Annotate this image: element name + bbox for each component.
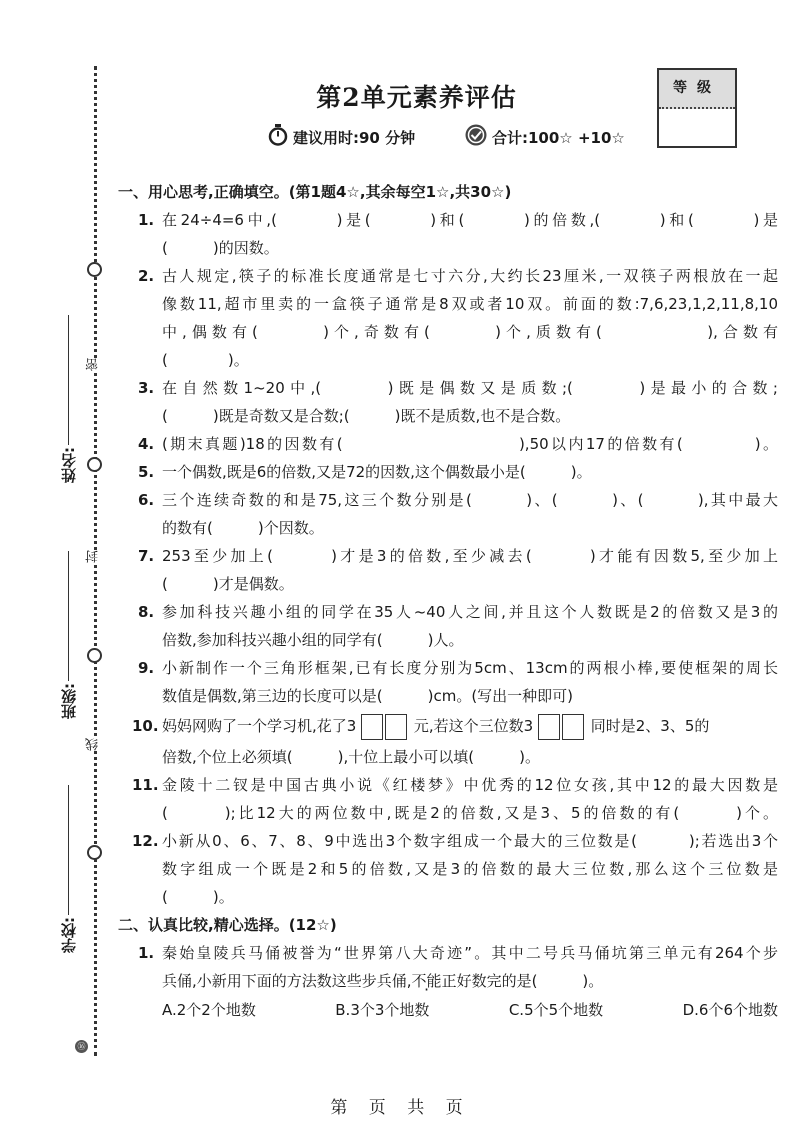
question-line: 数字组成一个既是2和5的倍数,又是3的倍数的最大三位数,那么这个三位数是 [162,855,778,883]
question-line: 参加科技兴趣小组的同学在35人~40人之间,并且这个人数既是2的倍数又是3的 [162,598,778,626]
section2-heading: 二、认真比较,精心选择。(12☆) [118,911,778,939]
question-1-11: 11. 金陵十二钗是中国古典小说《红楼梦》中优秀的12位女孩,其中12的最大因数… [118,771,778,827]
question-line: 的数有( )个因数。 [162,514,778,542]
school-label: 学校: [58,917,79,953]
digit-box[interactable] [562,714,584,740]
question-number: 8. [138,598,154,626]
text-segment: 兵俑,小新用下面的方法数这些步兵俑, [162,972,412,990]
seal-icon: ⑯ [75,1040,88,1053]
question-line: (期末真题)18的因数有( ),50以内17的倍数有( )。 [162,430,778,458]
question-line: 像数11,超市里卖的一盒筷子通常是8双或者10双。前面的数:7,6,23,1,2… [162,290,778,318]
question-1-9: 9. 小新制作一个三角形框架,已有长度分别为5cm、13cm的两根小棒,要使框架… [118,654,778,710]
section1-heading: 一、用心思考,正确填空。(第1题4☆,其余每空1☆,共30☆) [118,178,778,206]
option-c[interactable]: C.5个5个地数 [509,995,603,1025]
question-line: 中,偶数有( )个,奇数有( )个,质数有( ),合数有 [162,318,778,346]
question-1-12: 12. 小新从0、6、7、8、9中选出3个数字组成一个最大的三位数是( );若选… [118,827,778,911]
question-line: 古人规定,筷子的标准长度通常是七寸六分,大约长23厘米,一双筷子两根放在一起 [162,262,778,290]
exam-content: 一、用心思考,正确填空。(第1题4☆,其余每空1☆,共30☆) 1. 在24÷4… [118,178,778,1025]
question-line: 在24÷4=6中,( )是( )和( )的倍数,( )和( )是 [162,206,778,234]
question-line: 253至少加上( )才是3的倍数,至少减去( )才能有因数5,至少加上 [162,542,778,570]
question-line: 倍数,个位上必须填( ),十位上最小可以填( )。 [162,743,778,771]
time-label: 建议用时:90 分钟 [293,127,415,148]
text-segment: 正好数完的是( )。 [442,972,604,990]
score-label: 合计:100☆ +10☆ [492,127,625,148]
digit-box[interactable] [538,714,560,740]
question-line: ( )的因数。 [162,234,778,262]
question-number: 11. [132,771,159,799]
question-number: 1. [138,939,154,967]
class-label: 班级: [58,683,79,719]
question-number: 4. [138,430,154,458]
time-info: 建议用时:90 分钟 [268,124,415,150]
grade-box-label: 等级 [659,70,735,109]
question-1-2: 2. 古人规定,筷子的标准长度通常是七寸六分,大约长23厘米,一双筷子两根放在一… [118,262,778,374]
question-line: 秦始皇陵兵马俑被誉为“世界第八大奇迹”。其中二号兵马俑坑第三单元有264个步 [162,939,778,967]
grade-box[interactable]: 等级 [657,68,737,148]
name-line[interactable] [68,315,69,445]
page-footer: 第 页 共 页 [0,1093,793,1118]
emphasis-text: 不能 [412,972,442,990]
binding-hole [87,845,102,860]
question-line: 金陵十二钗是中国古典小说《红楼梦》中优秀的12位女孩,其中12的最大因数是 [162,771,778,799]
question-line: 数值是偶数,第三边的长度可以是( )cm。(写出一种即可) [162,682,778,710]
stopwatch-icon [268,124,288,150]
question-line: ( );比12大的两位数中,既是2的倍数,又是3、5的倍数的有( )个。 [162,799,778,827]
question-1-6: 6. 三个连续奇数的和是75,这三个数分别是( )、( )、( ),其中最大 的… [118,486,778,542]
question-1-5: 5. 一个偶数,既是6的倍数,又是72的因数,这个偶数最小是( )。 [118,458,778,486]
question-line: 妈妈网购了一个学习机,花了3 元,若这个三位数3 同时是2、3、5的 [162,710,778,743]
binding-hole [87,457,102,472]
digit-box[interactable] [361,714,383,740]
question-line: 三个连续奇数的和是75,这三个数分别是( )、( )、( ),其中最大 [162,486,778,514]
question-line: 兵俑,小新用下面的方法数这些步兵俑,不能正好数完的是( )。 [162,967,778,995]
question-number: 5. [138,458,154,486]
question-number: 1. [138,206,154,234]
class-line[interactable] [68,551,69,681]
question-number: 2. [138,262,154,290]
binding-hole [87,262,102,277]
text-segment: 元,若这个三位数3 [414,717,533,735]
name-label: 姓名: [58,447,79,483]
question-1-1: 1. 在24÷4=6中,( )是( )和( )的倍数,( )和( )是 ( )的… [118,206,778,262]
choice-options: A.2个2个地数 B.3个3个地数 C.5个5个地数 D.6个6个地数 [162,995,778,1025]
cut-word-feng: 封 [86,550,102,563]
question-1-7: 7. 253至少加上( )才是3的倍数,至少减去( )才能有因数5,至少加上 (… [118,542,778,598]
question-number: 12. [132,827,159,855]
cut-word-mi: 密 [86,358,102,371]
question-line: 倍数,参加科技兴趣小组的同学有( )人。 [162,626,778,654]
check-circle-icon [465,124,487,150]
option-a[interactable]: A.2个2个地数 [162,995,256,1025]
question-line: ( )。 [162,346,778,374]
cut-word-xian: 线 [86,738,102,751]
class-field[interactable]: 班级: [58,551,79,719]
question-1-3: 3. 在自然数1~20中,( )既是偶数又是质数;( )是最小的合数; ( )既… [118,374,778,430]
question-number: 9. [138,654,154,682]
school-line[interactable] [68,785,69,915]
grade-box-input[interactable] [659,109,735,148]
question-2-1: 1. 秦始皇陵兵马俑被誉为“世界第八大奇迹”。其中二号兵马俑坑第三单元有264个… [118,939,778,1025]
question-number: 10. [132,710,159,743]
question-1-8: 8. 参加科技兴趣小组的同学在35人~40人之间,并且这个人数既是2的倍数又是3… [118,598,778,654]
question-line: 小新从0、6、7、8、9中选出3个数字组成一个最大的三位数是( );若选出3个 [162,827,778,855]
question-line: 在自然数1~20中,( )既是偶数又是质数;( )是最小的合数; [162,374,778,402]
question-line: 小新制作一个三角形框架,已有长度分别为5cm、13cm的两根小棒,要使框架的周长 [162,654,778,682]
school-field[interactable]: 学校: [58,785,79,953]
question-line: ( )既是奇数又是合数;( )既不是质数,也不是合数。 [162,402,778,430]
score-info: 合计:100☆ +10☆ [465,124,625,150]
question-number: 3. [138,374,154,402]
option-d[interactable]: D.6个6个地数 [683,995,778,1025]
name-field[interactable]: 姓名: [58,315,79,483]
question-line: 一个偶数,既是6的倍数,又是72的因数,这个偶数最小是( )。 [162,458,778,486]
question-number: 6. [138,486,154,514]
question-line: ( )才是偶数。 [162,570,778,598]
text-segment: 同时是2、3、5的 [591,717,710,735]
binding-hole [87,648,102,663]
question-line: ( )。 [162,883,778,911]
question-1-10: 10. 妈妈网购了一个学习机,花了3 元,若这个三位数3 同时是2、3、5的 倍… [118,710,778,771]
question-1-4: 4. (期末真题)18的因数有( ),50以内17的倍数有( )。 [118,430,778,458]
question-number: 7. [138,542,154,570]
text-segment: 妈妈网购了一个学习机,花了3 [162,717,356,735]
digit-box[interactable] [385,714,407,740]
option-b[interactable]: B.3个3个地数 [335,995,429,1025]
